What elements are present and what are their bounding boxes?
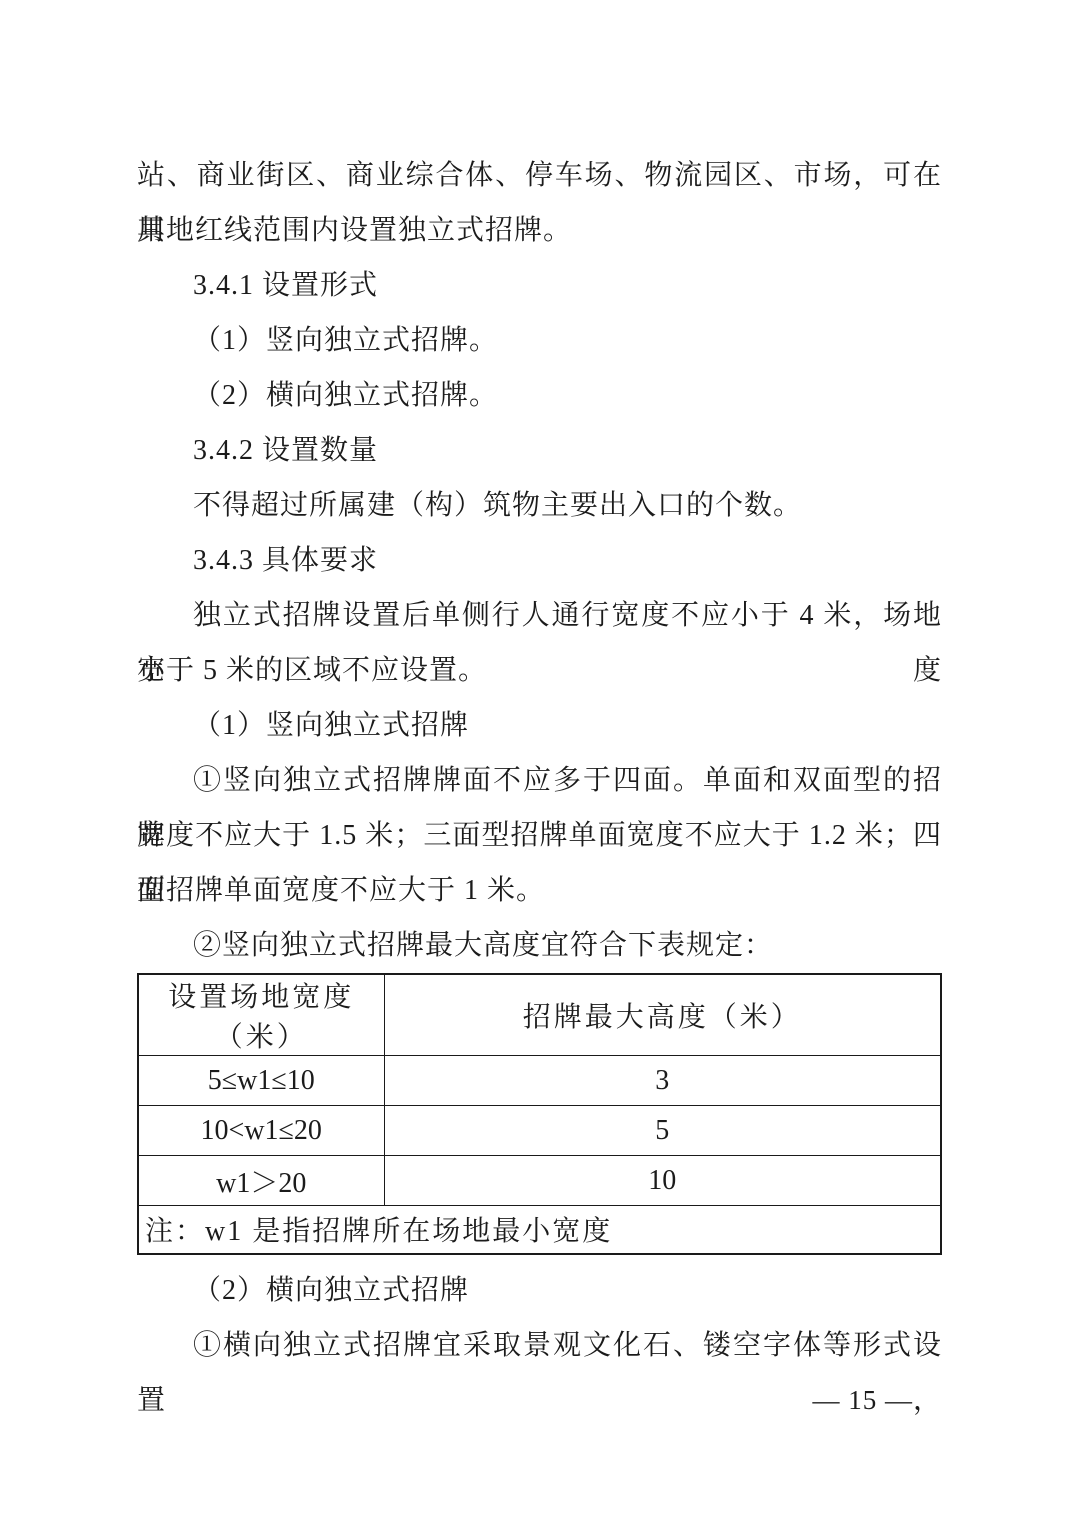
table-cell-max-height: 3: [384, 1056, 941, 1106]
list-item: （1）竖向独立式招牌。: [137, 313, 942, 368]
page-content: 站、商业街区、商业综合体、停车场、物流园区、市场，可在其 用地红线范围内设置独立…: [137, 148, 942, 1428]
list-item: （2）横向独立式招牌。: [137, 368, 942, 423]
list-item: （1）竖向独立式招牌: [137, 698, 942, 753]
section-heading-3-4-3: 3.4.3 具体要求: [137, 533, 942, 588]
list-item: （2）横向独立式招牌: [137, 1263, 942, 1318]
section-heading-3-4-1: 3.4.1 设置形式: [137, 258, 942, 313]
table-header-row: 设置场地宽度（米） 招牌最大高度（米）: [138, 974, 941, 1056]
table-cell-max-height: 5: [384, 1106, 941, 1156]
table-cell-width-range: w1＞20: [138, 1156, 384, 1206]
body-line: ①横向独立式招牌宜采取景观文化石、镂空字体等形式设置，: [137, 1318, 942, 1373]
table-note: 注：w1 是指招牌所在场地最小宽度: [138, 1206, 941, 1254]
table-cell-width-range: 5≤w1≤10: [138, 1056, 384, 1106]
body-line: 独立式招牌设置后单侧行人通行宽度不应小于 4 米，场地宽度: [137, 588, 942, 643]
table-row: 10<w1≤20 5: [138, 1106, 941, 1156]
table-cell-width-range: 10<w1≤20: [138, 1106, 384, 1156]
body-line: 型招牌单面宽度不应大于 1 米。: [137, 863, 942, 918]
section-heading-3-4-2: 3.4.2 设置数量: [137, 423, 942, 478]
signage-height-table: 设置场地宽度（米） 招牌最大高度（米） 5≤w1≤10 3 10<w1≤20 5…: [137, 973, 942, 1255]
table-header-site-width: 设置场地宽度（米）: [138, 974, 384, 1056]
table-row: w1＞20 10: [138, 1156, 941, 1206]
body-line: 站、商业街区、商业综合体、停车场、物流园区、市场，可在其: [137, 148, 942, 203]
table-row: 5≤w1≤10 3: [138, 1056, 941, 1106]
document-page: 站、商业街区、商业综合体、停车场、物流园区、市场，可在其 用地红线范围内设置独立…: [0, 0, 1074, 1520]
body-line: ②竖向独立式招牌最大高度宜符合下表规定：: [137, 918, 942, 973]
body-line: 用地红线范围内设置独立式招牌。: [137, 203, 942, 258]
body-line: 不得超过所属建（构）筑物主要出入口的个数。: [137, 478, 942, 533]
body-line: ①竖向独立式招牌牌面不应多于四面。单面和双面型的招牌: [137, 753, 942, 808]
table-header-max-height: 招牌最大高度（米）: [384, 974, 941, 1056]
table-cell-max-height: 10: [384, 1156, 941, 1206]
body-line: 宽度不应大于 1.5 米；三面型招牌单面宽度不应大于 1.2 米；四面: [137, 808, 942, 863]
table-note-row: 注：w1 是指招牌所在场地最小宽度: [138, 1206, 941, 1254]
